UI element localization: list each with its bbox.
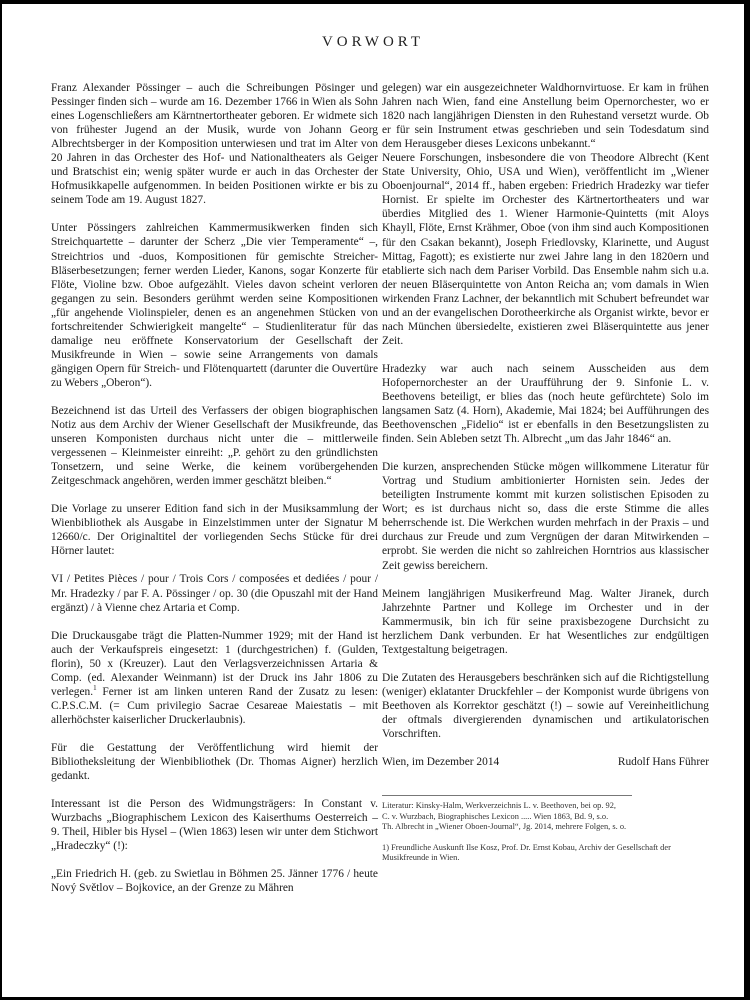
paragraph-editorial: Die Zutaten des Herausgebers beschränken… [382,671,709,741]
footnote-1: 1) Freundliche Auskunft Ilse Kosz, Prof.… [382,843,709,864]
paragraph-original-title: VI / Petites Pièces / pour / Trois Cors … [51,572,378,614]
footnote-marker[interactable]: 1 [93,684,97,692]
document-page: VORWORT Franz Alexander Pössinger – auch… [2,4,744,997]
literature-item: C. v. Wurzbach, Biographisches Lexicon .… [382,812,709,823]
paragraph-research: Neuere Forschungen, insbesondere die von… [382,151,709,348]
page-title: VORWORT [2,34,744,51]
paragraph-dedicatee: Interessant ist die Person des Widmungst… [51,797,378,853]
literature-item: Literatur: Kinsky-Halm, Werkverzeichnis … [382,801,709,812]
paragraph-chamber-works: Unter Pössingers zahlreichen Kammermusik… [51,221,378,390]
author-name: Rudolf Hans Führer [618,755,709,769]
paragraph-quote-continued: gelegen) war ein ausgezeichneter Waldhor… [382,81,709,151]
paragraph-print-edition: Die Druckausgabe trägt die Platten-Numme… [51,629,378,727]
left-column: Franz Alexander Pössinger – auch die Sch… [51,81,378,895]
paragraph-thanks-jiranek: Meinem langjährigen Musikerfreund Mag. W… [382,587,709,657]
paragraph-source: Die Vorlage zu unserer Edition fand sich… [51,502,378,558]
paragraph-biography: Franz Alexander Pössinger – auch die Sch… [51,81,378,207]
place-date: Wien, im Dezember 2014 [382,755,499,769]
right-column: gelegen) war ein ausgezeichneter Waldhor… [382,81,709,874]
literature-item: Th. Albrecht in „Wiener Oboen-Journal“, … [382,822,709,833]
paragraph-pieces: Die kurzen, ansprechenden Stücke mögen w… [382,460,709,572]
paragraph-beethoven: Hradezky war auch nach seinem Ausscheide… [382,362,709,446]
paragraph-judgement: Bezeichnend ist das Urteil des Verfasser… [51,404,378,488]
footnote-divider [382,795,632,796]
signature-line: Wien, im Dezember 2014 Rudolf Hans Führe… [382,755,709,769]
literature-list: Literatur: Kinsky-Halm, Werkverzeichnis … [382,801,709,833]
paragraph-quote: „Ein Friedrich H. (geb. zu Swietlau in B… [51,867,378,895]
paragraph-acknowledgement-library: Für die Gestattung der Veröffentlichung … [51,741,378,783]
print-edition-text-continued: Ferner ist am linken unteren Rand der Zu… [51,686,378,726]
